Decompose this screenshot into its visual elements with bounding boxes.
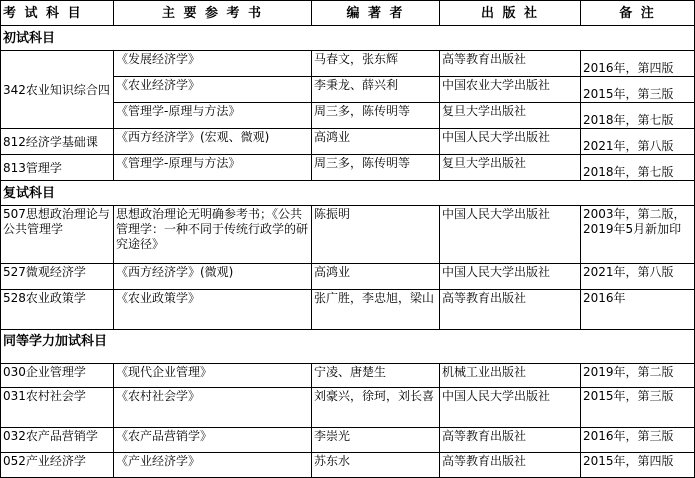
table-row: 052产业经济学 《产业经济学》 苏东水 高等教育出版社 2015年，第四版 <box>1 453 695 478</box>
publisher-cell: 中国人民大学出版社 <box>440 206 581 264</box>
author-cell: 周三多，陈传明等 <box>312 155 440 181</box>
subject-cell: 507思想政治理论与公共管理学 <box>1 206 114 264</box>
note-cell: 2015年，第三版 <box>581 77 695 103</box>
subject-cell: 813管理学 <box>1 155 114 181</box>
subject-cell: 031农村社会学 <box>1 388 114 428</box>
book-cell: 《西方经济学》(微观) <box>114 264 312 290</box>
book-cell: 《农村社会学》 <box>114 388 312 428</box>
note-cell: 2015年，第四版 <box>581 453 695 478</box>
header-note: 备 注 <box>581 1 695 26</box>
author-cell: 马春文，张东辉 <box>312 51 440 77</box>
table-row: 507思想政治理论与公共管理学 思想政治理论无明确参考书；《公共管理学：一种不同… <box>1 206 695 264</box>
publisher-cell: 高等教育出版社 <box>440 428 581 453</box>
header-subject: 考 试 科 目 <box>1 1 114 26</box>
author-cell: 李秉龙、薛兴利 <box>312 77 440 103</box>
book-cell: 思想政治理论无明确参考书；《公共管理学：一种不同于传统行政学的研究途径》 <box>114 206 312 264</box>
subject-cell: 052产业经济学 <box>1 453 114 478</box>
author-cell: 高鸿业 <box>312 264 440 290</box>
note-cell: 2015年，第三版 <box>581 388 695 428</box>
subject-cell: 030企业管理学 <box>1 364 114 388</box>
subject-cell: 812经济学基础课 <box>1 129 114 155</box>
table-row: 032农产品营销学 《农产品营销学》 李崇光 高等教育出版社 2016年，第三版 <box>1 428 695 453</box>
publisher-cell: 机械工业出版社 <box>440 364 581 388</box>
header-book: 主 要 参 考 书 <box>114 1 312 26</box>
author-cell: 陈振明 <box>312 206 440 264</box>
publisher-cell: 复旦大学出版社 <box>440 155 581 181</box>
section-row: 初试科目 <box>1 26 695 51</box>
table-row: 030企业管理学 《现代企业管理》 宁凌、唐楚生 机械工业出版社 2019年，第… <box>1 364 695 388</box>
note-cell: 2016年，第三版 <box>581 428 695 453</box>
table-row: 528农业政策学 《农业政策学》 张广胜，李忠旭，梁山 高等教育出版社 2016… <box>1 290 695 330</box>
author-cell: 张广胜，李忠旭，梁山 <box>312 290 440 330</box>
book-cell: 《管理学-原理与方法》 <box>114 103 312 129</box>
book-cell: 《产业经济学》 <box>114 453 312 478</box>
book-cell: 《管理学-原理与方法》 <box>114 155 312 181</box>
publisher-cell: 中国人民大学出版社 <box>440 264 581 290</box>
note-cell: 2021年，第八版 <box>581 129 695 155</box>
publisher-cell: 高等教育出版社 <box>440 290 581 330</box>
header-publisher: 出 版 社 <box>440 1 581 26</box>
book-cell: 《现代企业管理》 <box>114 364 312 388</box>
subject-cell: 528农业政策学 <box>1 290 114 330</box>
publisher-cell: 高等教育出版社 <box>440 453 581 478</box>
table-row: 342农业知识综合四 《发展经济学》 马春文，张东辉 高等教育出版社 2016年… <box>1 51 695 77</box>
note-cell: 2019年，第二版 <box>581 364 695 388</box>
subject-cell: 342农业知识综合四 <box>1 51 114 129</box>
section-row: 同等学力加试科目 <box>1 330 695 364</box>
table-row: 813管理学 《管理学-原理与方法》 周三多，陈传明等 复旦大学出版社 2018… <box>1 155 695 181</box>
book-cell: 《西方经济学》(宏观、微观) <box>114 129 312 155</box>
header-row: 考 试 科 目 主 要 参 考 书 编 著 者 出 版 社 备 注 <box>1 1 695 26</box>
subject-cell: 527微观经济学 <box>1 264 114 290</box>
section-title-equivalent: 同等学力加试科目 <box>1 330 695 364</box>
book-cell: 《农业经济学》 <box>114 77 312 103</box>
note-cell: 2016年 <box>581 290 695 330</box>
reference-books-table: 考 试 科 目 主 要 参 考 书 编 著 者 出 版 社 备 注 初试科目 3… <box>0 0 695 478</box>
author-cell: 刘豪兴，徐珂，刘长喜 <box>312 388 440 428</box>
book-cell: 《发展经济学》 <box>114 51 312 77</box>
author-cell: 高鸿业 <box>312 129 440 155</box>
publisher-cell: 中国人民大学出版社 <box>440 129 581 155</box>
publisher-cell: 中国人民大学出版社 <box>440 388 581 428</box>
subject-cell: 032农产品营销学 <box>1 428 114 453</box>
section-row: 复试科目 <box>1 181 695 206</box>
publisher-cell: 中国农业大学出版社 <box>440 77 581 103</box>
section-title-initial: 初试科目 <box>1 26 695 51</box>
table-row: 031农村社会学 《农村社会学》 刘豪兴，徐珂，刘长喜 中国人民大学出版社 20… <box>1 388 695 428</box>
publisher-cell: 复旦大学出版社 <box>440 103 581 129</box>
note-cell: 2016年，第四版 <box>581 51 695 77</box>
publisher-cell: 高等教育出版社 <box>440 51 581 77</box>
note-cell: 2003年，第二版，2019年5月新加印 <box>581 206 695 264</box>
book-cell: 《农业政策学》 <box>114 290 312 330</box>
author-cell: 周三多，陈传明等 <box>312 103 440 129</box>
note-cell: 2018年，第七版 <box>581 155 695 181</box>
table-row: 527微观经济学 《西方经济学》(微观) 高鸿业 中国人民大学出版社 2021年… <box>1 264 695 290</box>
author-cell: 李崇光 <box>312 428 440 453</box>
header-author: 编 著 者 <box>312 1 440 26</box>
author-cell: 苏东水 <box>312 453 440 478</box>
table-row: 812经济学基础课 《西方经济学》(宏观、微观) 高鸿业 中国人民大学出版社 2… <box>1 129 695 155</box>
note-cell: 2018年，第七版 <box>581 103 695 129</box>
section-title-retest: 复试科目 <box>1 181 695 206</box>
note-cell: 2021年，第八版 <box>581 264 695 290</box>
book-cell: 《农产品营销学》 <box>114 428 312 453</box>
author-cell: 宁凌、唐楚生 <box>312 364 440 388</box>
